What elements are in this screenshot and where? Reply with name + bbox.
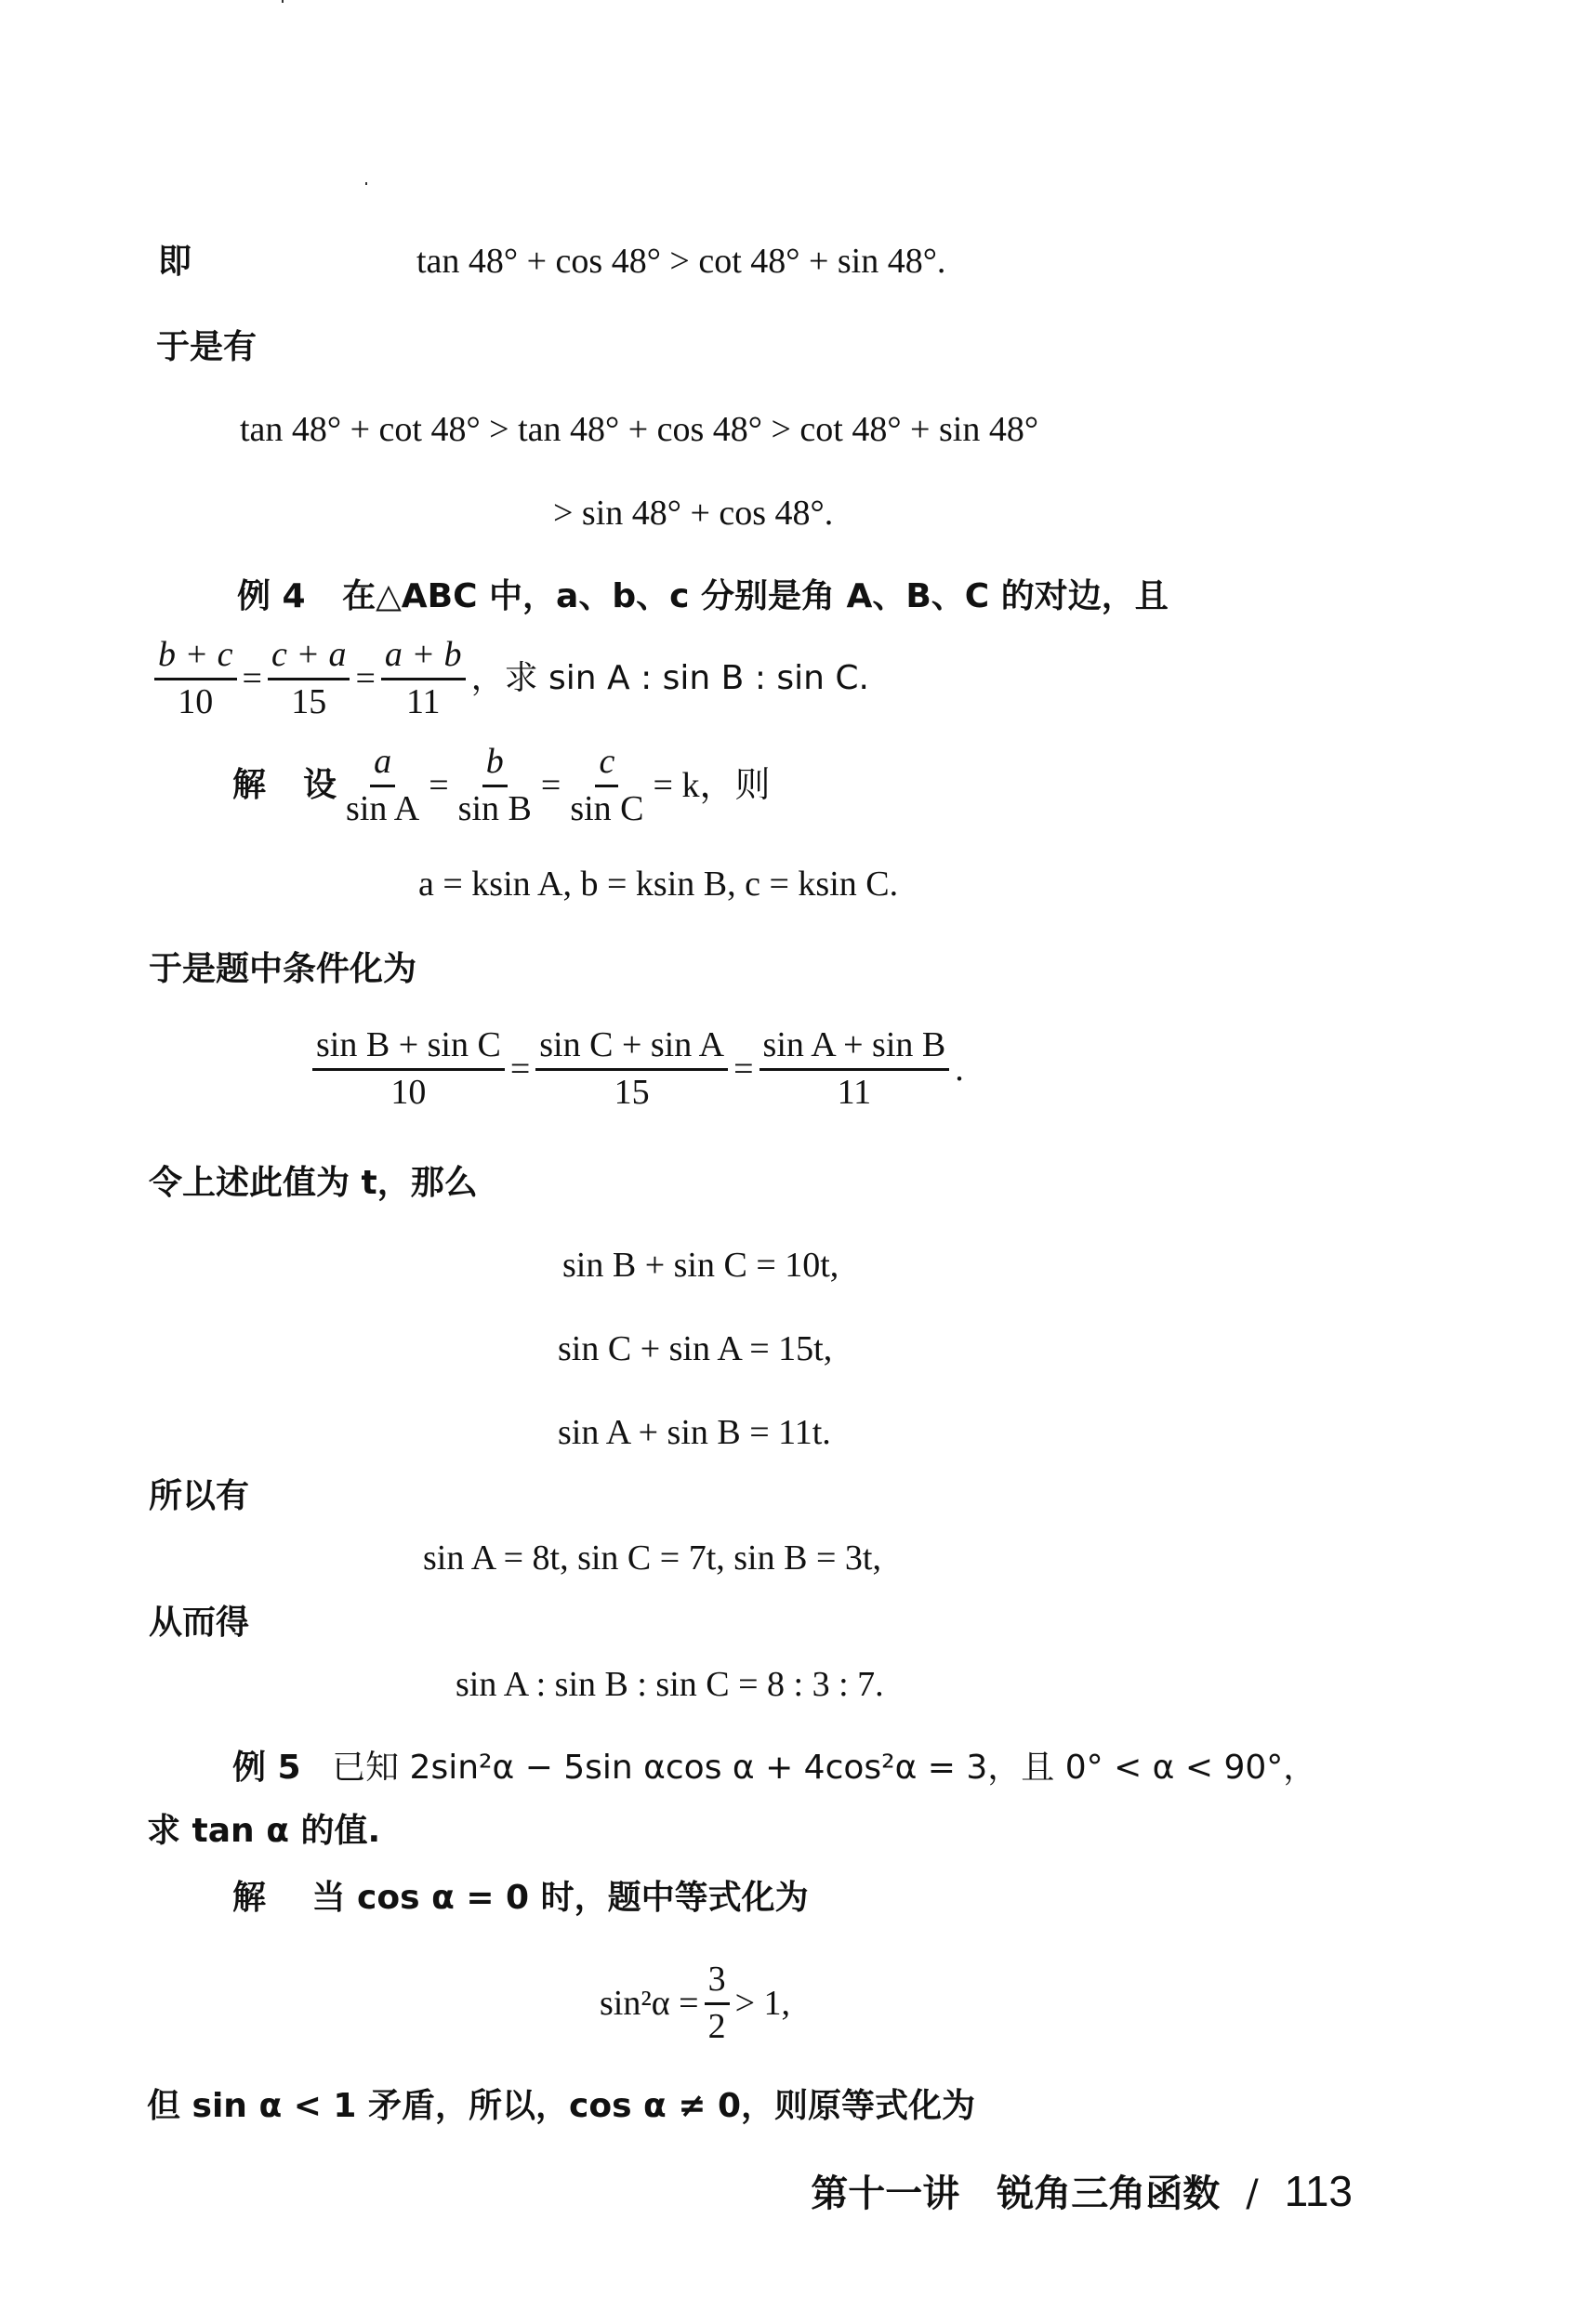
system-eq-1: sin B + sin C = 10t,: [562, 1248, 839, 1283]
result-ratio: sin A : sin B : sin C = 8 : 3 : 7.: [456, 1667, 884, 1702]
solution-label: 解: [232, 1879, 266, 1917]
scan-speck: [365, 182, 367, 185]
page-footer: 第十一讲 锐角三角函数 / 113: [811, 2164, 1353, 2217]
fraction: csin C: [566, 744, 647, 828]
example-5-text: 已知 2sin²α − 5sin αcos α + 4cos²α = 3，且 0…: [332, 1749, 1316, 1787]
fraction: b + c10: [154, 637, 237, 721]
fraction: sin A + sin B11: [759, 1027, 950, 1112]
fraction: asin A: [342, 744, 423, 828]
solution-4-ratios: sin B + sin C10 = sin C + sin A15 = sin …: [307, 1027, 964, 1112]
inequality-chain-cont: > sin 48° + cos 48°.: [553, 495, 833, 531]
solution-5-last: 但 sin α < 1 矛盾，所以，cos α ≠ 0，则原等式化为: [147, 2090, 975, 2123]
solution-4-line2: a = ksin A, b = ksin B, c = ksin C.: [418, 866, 898, 902]
solution-label: 解: [232, 769, 266, 802]
solution-4-line3: 于是题中条件化为: [149, 953, 416, 986]
example-4-heading: 例 4 在△ABC 中，a、b、c 分别是角 A、B、C 的对边，且: [237, 578, 1169, 614]
solution-4-line5: 所以有: [149, 1480, 249, 1513]
example-4-ratio: b + c10 = c + a15 = a + b11 ，求 sin A : s…: [149, 637, 869, 721]
example-4-ask: ，求 sin A : sin B : sin C.: [471, 662, 869, 695]
example-5-label: 例 5: [232, 1749, 301, 1787]
system-eq-2: sin C + sin A = 15t,: [558, 1331, 832, 1367]
footer-separator: /: [1246, 2172, 1258, 2215]
solution-4-line4: 令上述此值为 t，那么: [149, 1167, 478, 1200]
scan-speck: [282, 0, 284, 3]
result-values: sin A = 8t, sin C = 7t, sin B = 3t,: [423, 1540, 881, 1576]
example-4-label: 例 4: [237, 577, 306, 615]
example-5-heading: 例 5 已知 2sin²α − 5sin αcos α + 4cos²α = 3…: [232, 1750, 1316, 1785]
chapter-title: 第十一讲 锐角三角函数: [811, 2172, 1220, 2215]
text-yushiyou: 于是有: [156, 331, 257, 364]
fraction: sin B + sin C10: [312, 1027, 505, 1112]
fraction: c + a15: [268, 637, 350, 721]
solution-4-setup: 解 设 asin A = bsin B = csin C = k，则: [232, 744, 770, 828]
inequality-chain: tan 48° + cot 48° > tan 48° + cos 48° > …: [240, 412, 1038, 447]
inequality-1: tan 48° + cos 48° > cot 48° + sin 48°.: [416, 244, 945, 279]
solution-5-start: 解 当 cos α = 0 时，题中等式化为: [232, 1880, 809, 1915]
fraction: 32: [705, 1961, 730, 2046]
fraction: bsin B: [455, 744, 535, 828]
solution-4-line6: 从而得: [149, 1606, 249, 1640]
text-ji: 即: [158, 245, 192, 279]
system-eq-3: sin A + sin B = 11t.: [558, 1415, 831, 1450]
example-5-text2: 求 tan α 的值.: [147, 1815, 380, 1848]
solution-5-equation: sin²α = 32 > 1,: [600, 1961, 790, 2046]
example-4-text: 在△ABC 中，a、b、c 分别是角 A、B、C 的对边，且: [342, 577, 1169, 615]
fraction: a + b11: [381, 637, 466, 721]
page-number: 113: [1285, 2167, 1353, 2215]
fraction: sin C + sin A15: [535, 1027, 728, 1112]
